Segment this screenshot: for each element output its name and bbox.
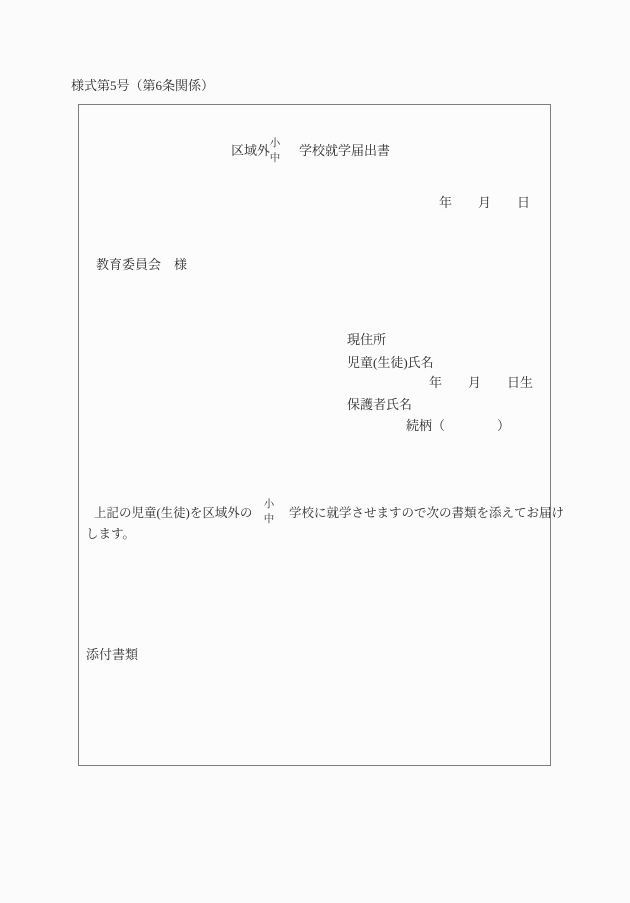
submission-date-field: 年 月 日 — [439, 195, 530, 211]
title-school-level-choice: 小 中 — [267, 136, 283, 166]
attachments-label: 添付書類 — [86, 647, 138, 663]
title-school-level-elementary: 小 — [270, 136, 281, 151]
form-title-prefix: 区域外 — [231, 143, 270, 159]
guardian-name-label: 保護者氏名 — [347, 397, 412, 413]
body-text-line1-after: 学校に就学させますので次の書類を添えてお届け — [289, 505, 564, 521]
form-title-suffix: 学校就学届出書 — [299, 143, 390, 159]
body-school-level-elementary: 小 — [264, 497, 275, 512]
form-number-label: 様式第5号（第6条関係） — [71, 78, 214, 94]
body-text-line1-before: 上記の児童(生徒)を区域外の — [94, 505, 252, 521]
body-text-line2: します。 — [86, 526, 135, 542]
current-address-label: 現住所 — [347, 332, 386, 348]
addressee-label: 教育委員会 様 — [96, 257, 187, 273]
title-school-level-junior-high: 中 — [270, 151, 281, 166]
body-school-level-choice: 小 中 — [261, 497, 277, 527]
form-page: 様式第5号（第6条関係） 区域外 小 中 学校就学届出書 年 月 日 教育委員会… — [0, 0, 630, 903]
relationship-field: 続柄（ ） — [406, 418, 510, 434]
student-name-label: 児童(生徒)氏名 — [347, 355, 434, 371]
body-school-level-junior-high: 中 — [264, 512, 275, 527]
application-form-box: 区域外 小 中 学校就学届出書 年 月 日 教育委員会 様 現住所 児童(生徒)… — [78, 104, 551, 766]
birth-date-field: 年 月 日生 — [429, 375, 533, 391]
